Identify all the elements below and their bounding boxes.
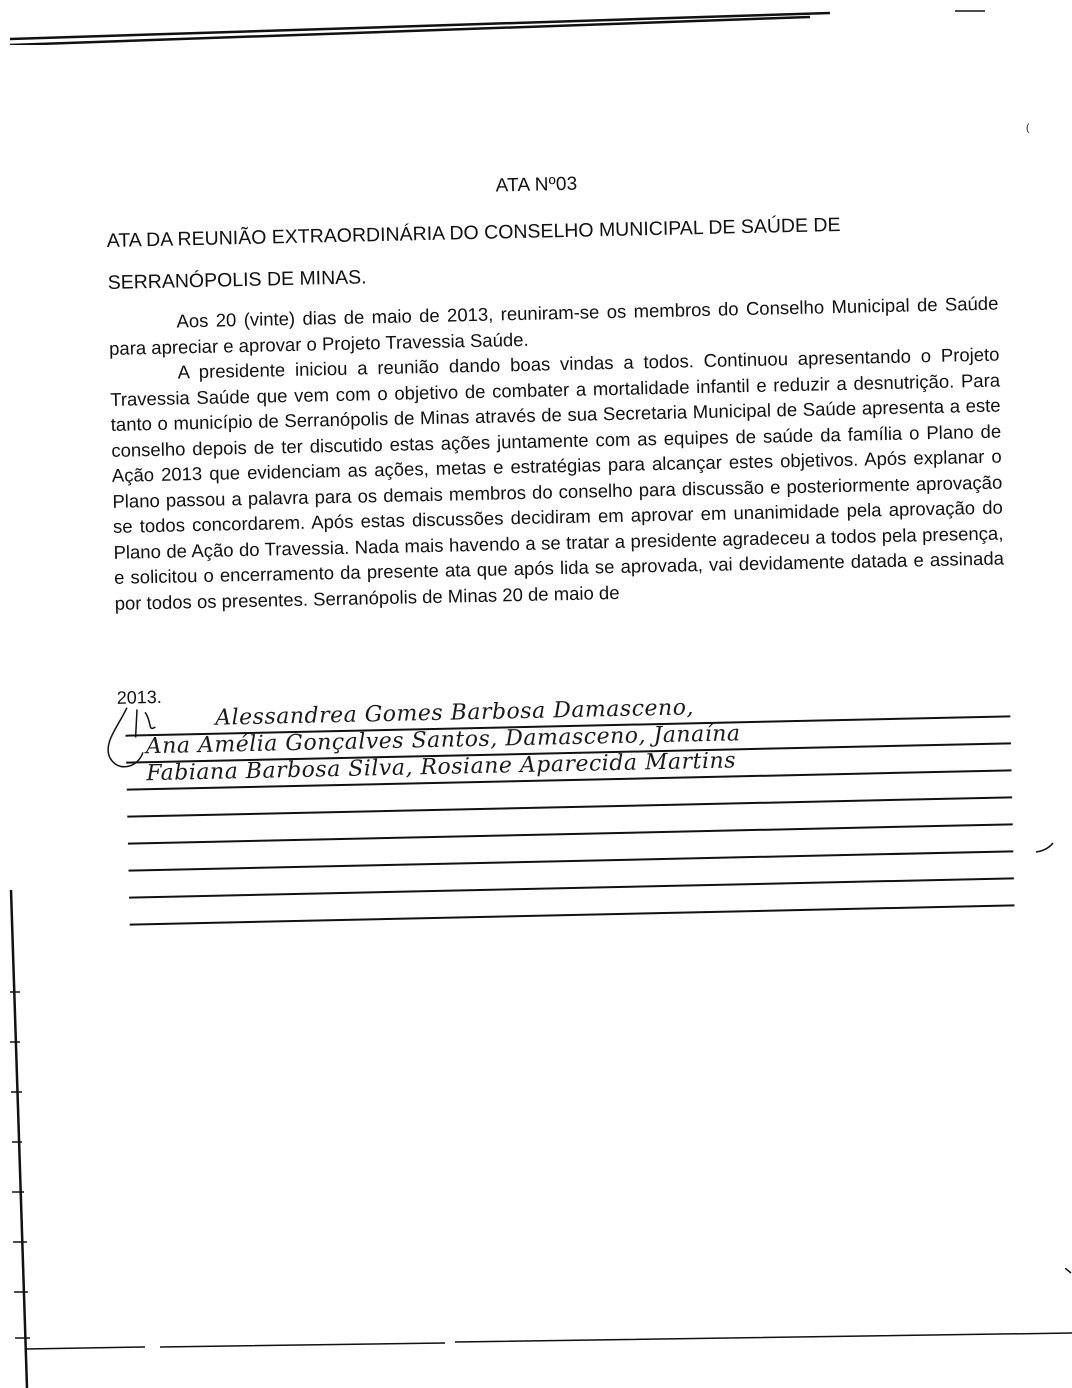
scan-edge-bottom — [25, 1325, 1072, 1365]
document-body: Aos 20 (vinte) dias de maio de 2013, reu… — [108, 291, 1004, 616]
scan-mark-top-right — [955, 8, 995, 14]
scan-mark-curve — [1035, 842, 1055, 854]
paragraph-main: A presidente iniciou a reunião dando boa… — [109, 342, 1004, 616]
signature-lines: Alessandrea Gomes Barbosa Damasceno, Ana… — [125, 690, 1015, 925]
document-number: ATA Nº03 — [495, 174, 577, 198]
scan-mark: ( — [1026, 123, 1029, 134]
document-page: ATA Nº03 ATA DA REUNIÃO EXTRAORDINÁRIA D… — [105, 140, 1005, 160]
scan-edge-left — [0, 880, 40, 1388]
signature-area: 2013. Alessandrea Gomes Barbosa Damascen… — [117, 668, 1007, 687]
scan-mark-small — [1065, 1268, 1072, 1274]
scan-edge-top — [10, 5, 840, 45]
document-title: ATA DA REUNIÃO EXTRAORDINÁRIA DO CONSELH… — [106, 201, 998, 304]
